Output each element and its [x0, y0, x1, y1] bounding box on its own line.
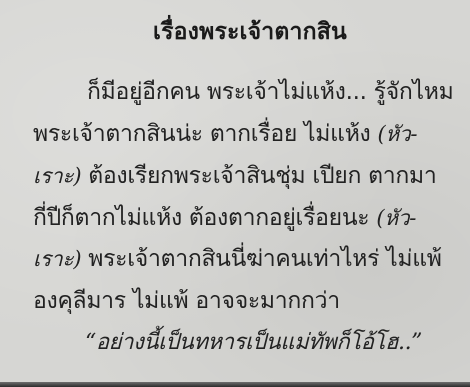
article-title: เรื่องพระเจ้าตากสิน	[0, 14, 470, 50]
bottom-rule-divider	[0, 382, 470, 387]
body-text: พระเจ้าตากสินนี่ฆ่าคนเท่าไหร่ ไม่แพ้	[81, 246, 441, 272]
laughter-note: (หัว-	[378, 122, 418, 146]
body-line-6: องคุลีมาร ไม่แพ้ อาจจะมากกว่า	[33, 283, 340, 319]
newspaper-clipping: เรื่องพระเจ้าตากสิน ก็มีอยู่อีกคน พระเจ้…	[0, 0, 470, 387]
body-text: ก็มีอยู่อีกคน พระเจ้าไม่แห้ง... รู้จักไห…	[87, 79, 454, 105]
body-line-5: เราะ) พระเจ้าตากสินนี่ฆ่าคนเท่าไหร่ ไม่แ…	[33, 241, 442, 277]
body-line-3: เราะ) ต้องเรียกพระเจ้าสินชุ่ม เปียก ตากม…	[33, 158, 436, 194]
body-line-4: กี่ปีก็ตากไม่แห้ง ต้องตากอยู่เรื่อยนะ (ห…	[33, 200, 416, 236]
pull-quote: “อย่างนี้เป็นทหารเป็นแม่ทัพก็โอ้โฮ..”	[85, 324, 422, 359]
laughter-note: เราะ)	[33, 164, 81, 188]
body-text: พระเจ้าตากสินน่ะ ตากเรื่อย ไม่แห้ง	[33, 121, 378, 147]
laughter-note: (หัว-	[376, 206, 416, 230]
body-line-1: ก็มีอยู่อีกคน พระเจ้าไม่แห้ง... รู้จักไห…	[87, 74, 454, 110]
body-text: กี่ปีก็ตากไม่แห้ง ต้องตากอยู่เรื่อยนะ	[33, 205, 376, 231]
body-line-2: พระเจ้าตากสินน่ะ ตากเรื่อย ไม่แห้ง (หัว-	[33, 116, 417, 152]
body-text: องคุลีมาร ไม่แพ้ อาจจะมากกว่า	[33, 288, 340, 314]
body-text: ต้องเรียกพระเจ้าสินชุ่ม เปียก ตากมา	[81, 163, 436, 189]
laughter-note: เราะ)	[33, 247, 81, 271]
